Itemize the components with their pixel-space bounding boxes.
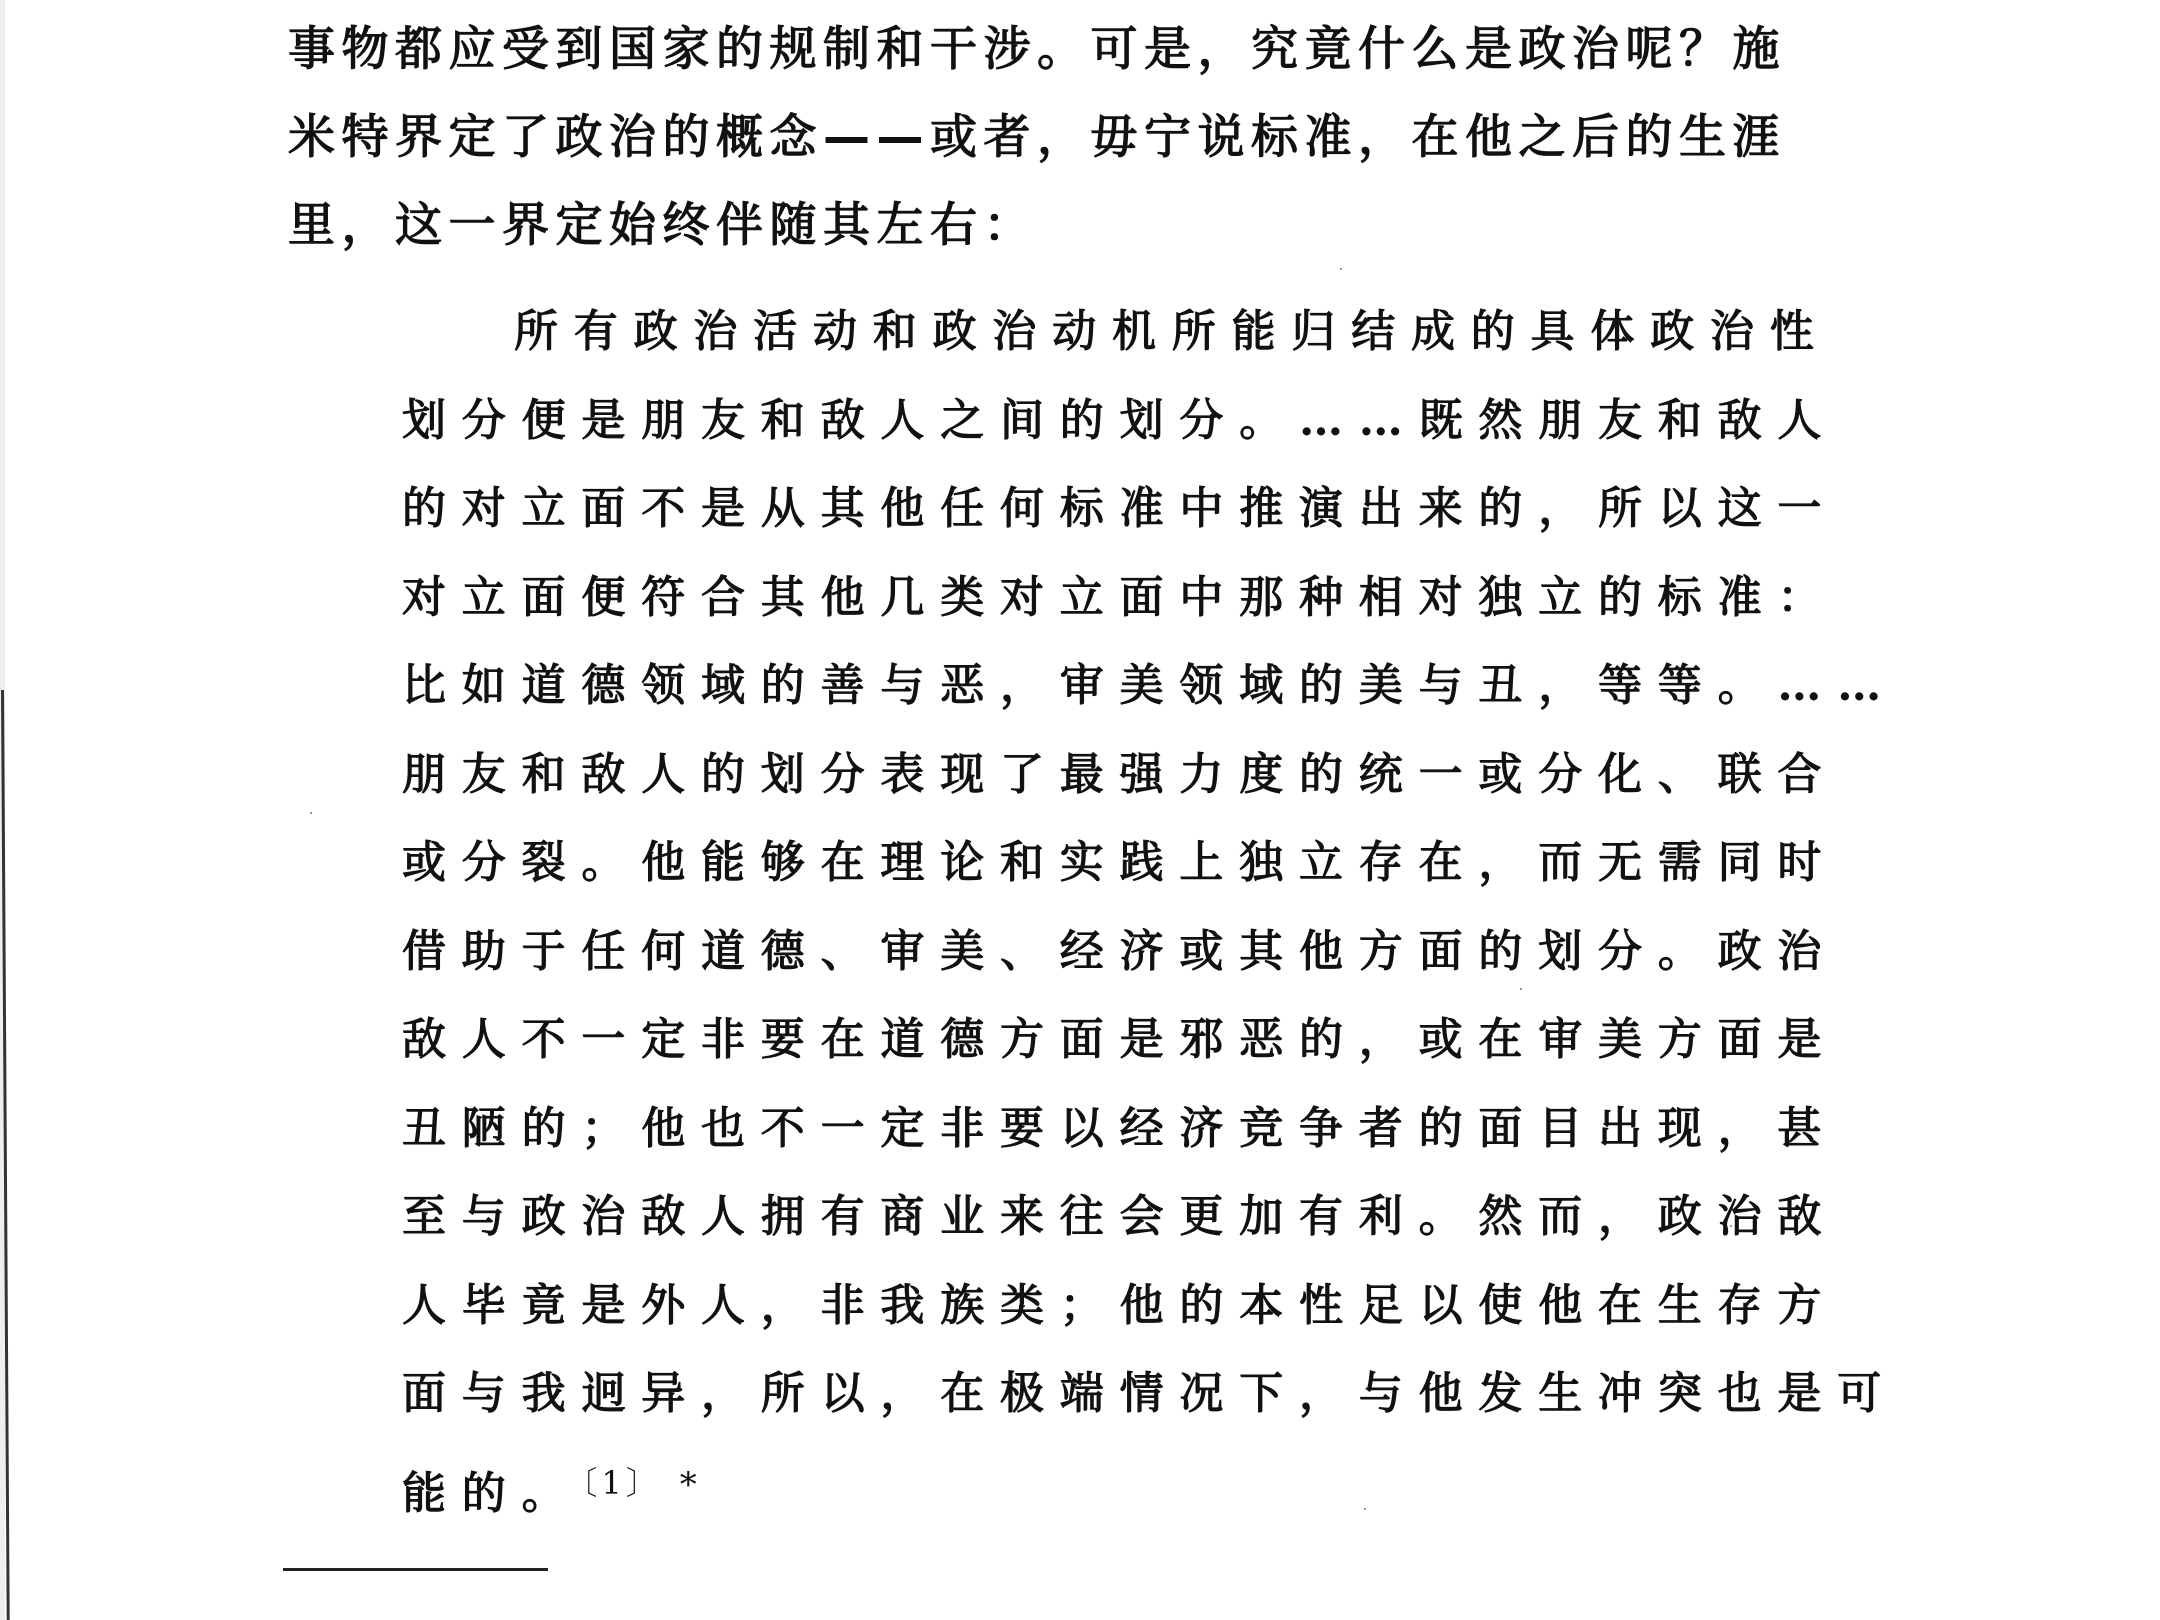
block-quote: 所有政治活动和政治动机所能归结成的具体政治性 划分便是朋友和敌人之间的划分。……… [402,288,1822,1538]
footnote-separator-rule [283,1568,548,1571]
document-page: 事物都应受到国家的规制和干涉。可是，究竟什么是政治呢？施 米特界定了政治的概念—… [0,0,2160,1620]
quote-line: 或分裂。他能够在理论和实践上独立存在，而无需同时 [402,819,1822,908]
quote-line: 至与政治敌人拥有商业来往会更加有利。然而，政治敌 [402,1173,1822,1262]
asterisk-note-marker: * [680,1465,713,1505]
quote-line: 丑陋的；他也不一定非要以经济竞争者的面目出现，甚 [402,1085,1822,1174]
scan-speck [1364,1508,1366,1510]
scan-speck [310,812,312,814]
quote-line: 比如道德领域的善与恶，审美领域的美与丑，等等。…… [402,642,1822,731]
quote-line: 借助于任何道德、审美、经济或其他方面的划分。政治 [402,908,1822,997]
quote-last-line: 能的。〔1〕* [402,1439,1822,1539]
footnote-reference[interactable]: 〔1〕 [581,1464,661,1502]
body-line: 里，这一界定始终伴随其左右： [288,182,1928,270]
quote-line-text: 能的。 [402,1468,581,1519]
scan-speck [1730,1225,1732,1227]
quote-line: 对立面便符合其他几类对立面中那种相对独立的标准： [402,554,1822,643]
body-paragraph: 事物都应受到国家的规制和干涉。可是，究竟什么是政治呢？施 米特界定了政治的概念—… [288,6,1928,270]
scan-speck [1340,268,1342,270]
quote-line: 敌人不一定非要在道德方面是邪恶的，或在审美方面是 [402,996,1822,1085]
quote-line: 面与我迥异，所以，在极端情况下，与他发生冲突也是可 [402,1350,1822,1439]
quote-line: 朋友和敌人的划分表现了最强力度的统一或分化、联合 [402,731,1822,820]
scan-speck [1520,988,1522,990]
quote-line: 人毕竟是外人，非我族类；他的本性足以使他在生存方 [402,1262,1822,1351]
body-line: 事物都应受到国家的规制和干涉。可是，究竟什么是政治呢？施 [288,6,1928,94]
body-line: 米特界定了政治的概念——或者，毋宁说标准，在他之后的生涯 [288,94,1928,182]
quote-line: 划分便是朋友和敌人之间的划分。……既然朋友和敌人 [402,377,1822,466]
quote-line: 的对立面不是从其他任何标准中推演出来的，所以这一 [402,465,1822,554]
quote-line: 所有政治活动和政治动机所能归结成的具体政治性 [402,288,1822,377]
